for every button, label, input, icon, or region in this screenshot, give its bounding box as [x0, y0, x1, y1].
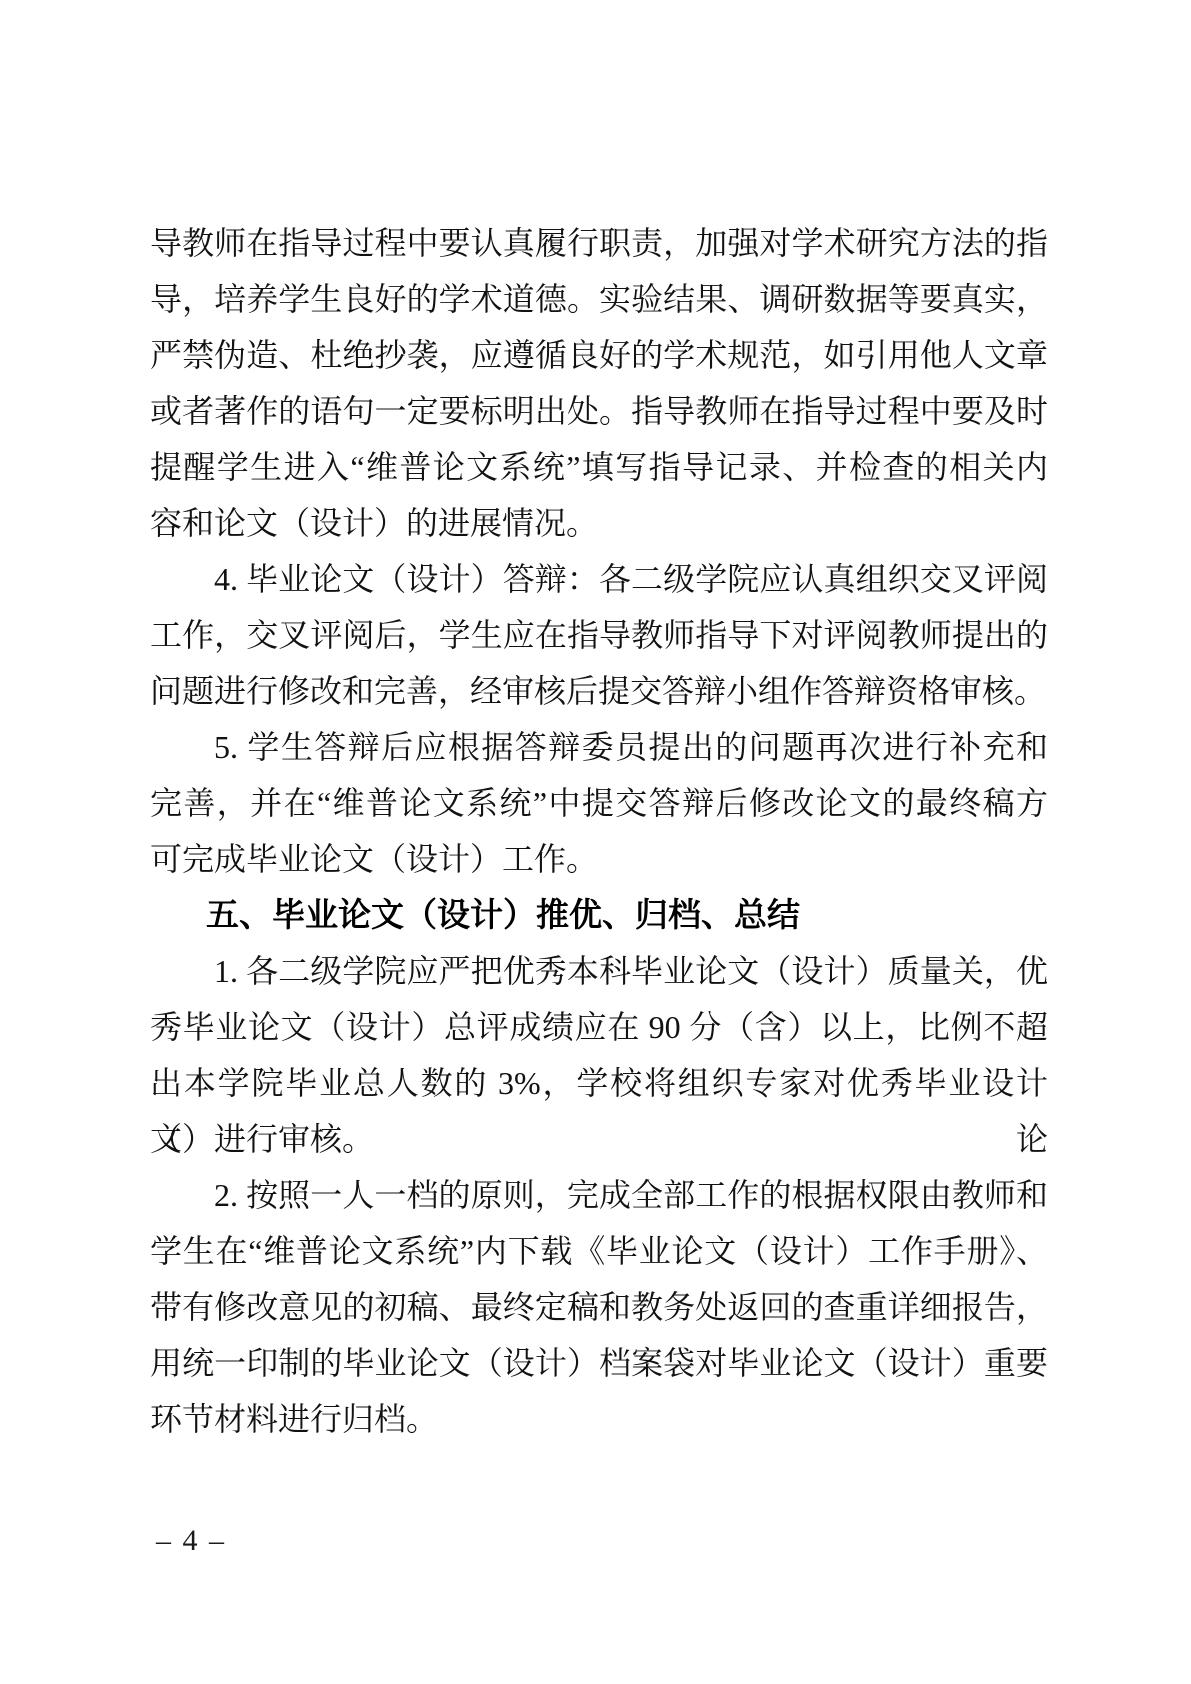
- document-body: 导教师在指导过程中要认真履行职责，加强对学术研究方法的指 导，培养学生良好的学术…: [150, 215, 1048, 1447]
- text-line: 完善，并在“维普论文系统”中提交答辩后修改论文的最终稿方: [150, 775, 1048, 831]
- text-line: 严禁伪造、杜绝抄袭，应遵循良好的学术规范，如引用他人文章: [150, 327, 1048, 383]
- text-line: 学生在“维普论文系统”内下载《毕业论文（设计）工作手册》、: [150, 1223, 1048, 1279]
- text-line: 或者著作的语句一定要标明出处。指导教师在指导过程中要及时: [150, 383, 1048, 439]
- text-line: 提醒学生进入“维普论文系统”填写指导记录、并检查的相关内: [150, 439, 1048, 495]
- text-line: 可完成毕业论文（设计）工作。: [150, 831, 1048, 887]
- text-line: 用统一印制的毕业论文（设计）档案袋对毕业论文（设计）重要: [150, 1335, 1048, 1391]
- text-line: 问题进行修改和完善，经审核后提交答辩小组作答辩资格审核。: [150, 663, 1048, 719]
- text-line-item-2: 2. 按照一人一档的原则，完成全部工作的根据权限由教师和: [150, 1167, 1048, 1223]
- text-line-item-1: 1. 各二级学院应严把优秀本科毕业论文（设计）质量关，优: [150, 943, 1048, 999]
- text-line: 导教师在指导过程中要认真履行职责，加强对学术研究方法的指: [150, 215, 1048, 271]
- section-5-heading: 五、毕业论文（设计）推优、归档、总结: [150, 887, 1048, 943]
- page-number: – 4 –: [156, 1524, 226, 1558]
- text-line: 带有修改意见的初稿、最终定稿和教务处返回的查重详细报告，: [150, 1279, 1048, 1335]
- text-line: 秀毕业论文（设计）总评成绩应在 90 分（含）以上，比例不超: [150, 999, 1048, 1055]
- document-page: 导教师在指导过程中要认真履行职责，加强对学术研究方法的指 导，培养学生良好的学术…: [0, 0, 1191, 1684]
- text-line: 容和论文（设计）的进展情况。: [150, 495, 1048, 551]
- text-line-item-5: 5. 学生答辩后应根据答辩委员提出的问题再次进行补充和: [150, 719, 1048, 775]
- text-line: 导，培养学生良好的学术道德。实验结果、调研数据等要真实，: [150, 271, 1048, 327]
- text-line: 环节材料进行归档。: [150, 1391, 1048, 1447]
- text-line: 工作，交叉评阅后，学生应在指导教师指导下对评阅教师提出的: [150, 607, 1048, 663]
- text-line-item-4: 4. 毕业论文（设计）答辩：各二级学院应认真组织交叉评阅: [150, 551, 1048, 607]
- text-line: 出本学院毕业总人数的 3%，学校将组织专家对优秀毕业设计（论: [150, 1055, 1048, 1111]
